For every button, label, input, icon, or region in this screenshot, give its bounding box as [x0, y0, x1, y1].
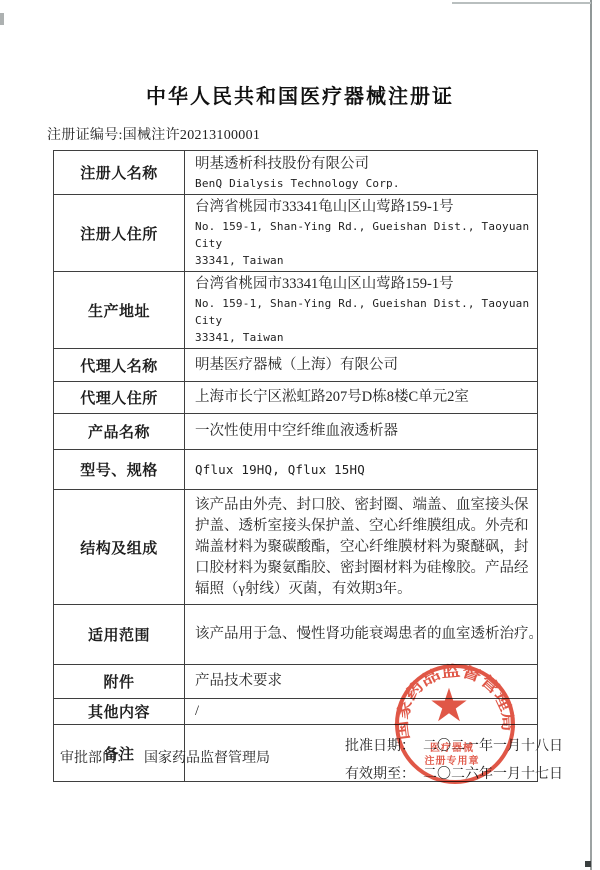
approval-department: 审批部门：国家药品监督管理局	[60, 747, 270, 767]
certificate-number: 注册证编号:国械注许20213100001	[47, 124, 260, 144]
value-line: 一次性使用中空纤维血液透析器	[195, 421, 533, 442]
table-row-other-content: 其他内容 /	[54, 699, 538, 725]
row-value: 明基医疗器械（上海）有限公司	[185, 349, 538, 382]
valid-until: 有效期至：二〇二六年一月十七日	[345, 763, 563, 783]
approval-department-value: 国家药品监督管理局	[144, 751, 270, 766]
approval-date: 批准日期：二〇二一年一月十八日	[345, 735, 563, 755]
row-value: /	[185, 699, 538, 725]
table-row-registrant-name: 注册人名称 明基透析科技股份有限公司 BenQ Dialysis Technol…	[54, 151, 538, 195]
scan-edge-artifact-corner	[585, 861, 591, 867]
value-line: 上海市长宁区淞虹路207号D栋8楼C单元2室	[195, 387, 533, 408]
row-label: 其他内容	[54, 699, 185, 725]
value-line: BenQ Dialysis Technology Corp.	[195, 175, 533, 192]
scan-edge-artifact-left	[0, 13, 4, 25]
scan-edge-artifact-top	[452, 2, 591, 4]
table-row-structure-composition: 结构及组成 该产品由外壳、封口胶、密封圈、端盖、血室接头保护盖、透析室接头保护盖…	[54, 490, 538, 605]
table-row-registrant-address: 注册人住所 台湾省桃园市33341龟山区山莺路159-1号 No. 159-1,…	[54, 195, 538, 272]
table-row-model-spec: 型号、规格 Qflux 19HQ, Qflux 15HQ	[54, 450, 538, 490]
table-row-product-name: 产品名称 一次性使用中空纤维血液透析器	[54, 414, 538, 450]
row-value: 该产品由外壳、封口胶、密封圈、端盖、血室接头保护盖、透析室接头保护盖、空心纤维膜…	[185, 490, 538, 605]
date-block: 批准日期：二〇二一年一月十八日 有效期至：二〇二六年一月十七日	[345, 735, 563, 791]
table-row-production-address: 生产地址 台湾省桃园市33341龟山区山莺路159-1号 No. 159-1, …	[54, 272, 538, 349]
value-line: 明基透析科技股份有限公司	[195, 154, 533, 175]
value-line: No. 159-1, Shan-Ying Rd., Gueishan Dist.…	[195, 218, 533, 252]
value-line: /	[195, 701, 533, 722]
approval-department-label: 审批部门：	[60, 751, 130, 766]
row-value: 一次性使用中空纤维血液透析器	[185, 414, 538, 450]
table-row-agent-name: 代理人名称 明基医疗器械（上海）有限公司	[54, 349, 538, 382]
value-line: 33341, Taiwan	[195, 252, 533, 269]
row-label: 注册人住所	[54, 195, 185, 272]
value-line: 该产品用于急、慢性肾功能衰竭患者的血室透析治疗。	[195, 624, 533, 645]
certificate-table: 注册人名称 明基透析科技股份有限公司 BenQ Dialysis Technol…	[53, 150, 538, 782]
table-row-intended-use: 适用范围 该产品用于急、慢性肾功能衰竭患者的血室透析治疗。	[54, 605, 538, 665]
row-label: 注册人名称	[54, 151, 185, 195]
row-label: 代理人名称	[54, 349, 185, 382]
row-label: 适用范围	[54, 605, 185, 665]
value-line: Qflux 19HQ, Qflux 15HQ	[195, 462, 533, 477]
row-value: 明基透析科技股份有限公司 BenQ Dialysis Technology Co…	[185, 151, 538, 195]
document-title: 中华人民共和国医疗器械注册证	[0, 80, 600, 109]
row-label: 生产地址	[54, 272, 185, 349]
row-value: 该产品用于急、慢性肾功能衰竭患者的血室透析治疗。	[185, 605, 538, 665]
table-row-attachments: 附件 产品技术要求	[54, 665, 538, 699]
row-value: 上海市长宁区淞虹路207号D栋8楼C单元2室	[185, 382, 538, 414]
value-line: 33341, Taiwan	[195, 329, 533, 346]
approval-date-value: 二〇二一年一月十八日	[423, 739, 563, 754]
row-label: 产品名称	[54, 414, 185, 450]
row-value: 台湾省桃园市33341龟山区山莺路159-1号 No. 159-1, Shan-…	[185, 195, 538, 272]
value-line: 台湾省桃园市33341龟山区山莺路159-1号	[195, 274, 533, 295]
value-line: No. 159-1, Shan-Ying Rd., Gueishan Dist.…	[195, 295, 533, 329]
row-label: 代理人住所	[54, 382, 185, 414]
table-row-agent-address: 代理人住所 上海市长宁区淞虹路207号D栋8楼C单元2室	[54, 382, 538, 414]
valid-until-label: 有效期至：	[345, 767, 415, 782]
row-label: 附件	[54, 665, 185, 699]
value-line: 产品技术要求	[195, 671, 533, 692]
value-line: 台湾省桃园市33341龟山区山莺路159-1号	[195, 197, 533, 218]
row-label: 型号、规格	[54, 450, 185, 490]
scan-edge-artifact-right	[590, 0, 592, 870]
row-value: 产品技术要求	[185, 665, 538, 699]
row-label: 结构及组成	[54, 490, 185, 605]
row-value: Qflux 19HQ, Qflux 15HQ	[185, 450, 538, 490]
value-line: 该产品由外壳、封口胶、密封圈、端盖、血室接头保护盖、透析室接头保护盖、空心纤维膜…	[195, 495, 533, 600]
row-value: 台湾省桃园市33341龟山区山莺路159-1号 No. 159-1, Shan-…	[185, 272, 538, 349]
approval-date-label: 批准日期：	[345, 739, 415, 754]
value-line: 明基医疗器械（上海）有限公司	[195, 355, 533, 376]
valid-until-value: 二〇二六年一月十七日	[423, 767, 563, 782]
